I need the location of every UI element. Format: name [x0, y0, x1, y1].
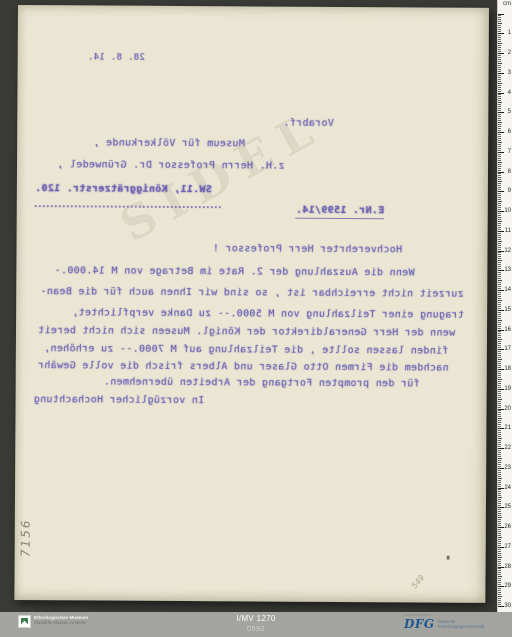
ruler-tick — [498, 401, 501, 402]
ruler-tick — [498, 403, 501, 404]
ruler-tick — [498, 71, 501, 72]
ruler-tick — [498, 509, 501, 510]
body-line: tragung einer Teilzahlung von M 5000.-- … — [72, 308, 464, 320]
ruler-tick — [498, 464, 501, 465]
ruler-tick — [498, 79, 501, 80]
ruler-tick — [498, 21, 501, 22]
ruler-tick — [498, 407, 501, 408]
ruler-tick — [498, 515, 501, 516]
address-line: Museum für Völkerkunde , — [93, 138, 245, 149]
ruler-tick — [498, 181, 502, 182]
ruler-tick — [498, 201, 502, 202]
ruler-number: 15 — [504, 307, 511, 313]
typed-dotted-rule — [35, 201, 221, 208]
ruler-tick — [498, 596, 502, 597]
ruler-tick — [498, 138, 501, 139]
ruler-tick — [498, 209, 501, 210]
ruler-number: 14 — [504, 287, 511, 293]
ruler-tick — [498, 284, 501, 285]
ruler-number: 7 — [508, 149, 511, 155]
ruler-tick — [498, 91, 501, 92]
ruler-tick — [498, 262, 501, 263]
ruler-tick — [498, 399, 502, 400]
ruler-tick — [498, 410, 501, 411]
ruler-tick — [498, 456, 501, 457]
ruler-tick — [498, 517, 502, 518]
ruler-tick — [498, 276, 501, 277]
ruler-tick — [498, 572, 501, 573]
ruler-tick — [498, 75, 501, 76]
ruler-tick — [498, 83, 502, 84]
ruler-tick — [498, 414, 501, 415]
ruler-tick — [498, 61, 501, 62]
ruler-tick — [498, 199, 501, 200]
ruler-tick — [498, 235, 501, 236]
ruler-number: 16 — [504, 327, 511, 333]
ruler-tick — [498, 405, 501, 406]
ruler-tick — [498, 578, 501, 579]
ruler-tick — [498, 173, 501, 174]
ruler-tick — [498, 195, 501, 196]
ruler-tick — [498, 134, 501, 135]
ruler-tick — [498, 308, 501, 309]
body-line: für den prompten Fortgang der Arbeiten ü… — [104, 378, 420, 390]
ruler-tick — [498, 513, 501, 514]
ruler-tick — [498, 525, 501, 526]
ruler-tick — [498, 600, 501, 601]
ruler-tick — [498, 154, 501, 155]
ruler-tick — [498, 243, 501, 244]
ruler-tick — [498, 85, 501, 86]
ruler-number: 27 — [504, 544, 511, 550]
ruler-number: 4 — [508, 90, 511, 96]
ruler-tick — [498, 249, 501, 250]
ruler-tick — [498, 324, 501, 325]
ruler-tick — [498, 274, 501, 275]
dfg-branding: Gefördert durch DFG Deutsche Forschungsg… — [404, 613, 484, 631]
ruler-number: 1 — [508, 30, 511, 36]
ruler-number: 29 — [504, 583, 511, 589]
ruler-tick — [498, 521, 501, 522]
ruler-tick — [498, 493, 501, 494]
ruler-tick — [498, 158, 501, 159]
ruler-tick — [498, 225, 501, 226]
dfg-logo: DFG — [404, 618, 435, 631]
ruler-number: 13 — [504, 267, 511, 273]
ruler-tick — [498, 322, 501, 323]
ruler-tick — [498, 124, 501, 125]
ruler-tick — [498, 89, 501, 90]
handwritten-inventory-number: 7156 — [19, 541, 33, 557]
ruler-tick — [498, 162, 502, 163]
ruler-tick — [498, 594, 501, 595]
ruler-tick — [498, 116, 501, 117]
ruler-tick — [498, 177, 501, 178]
ruler-tick — [498, 606, 504, 607]
ruler-tick — [498, 450, 501, 451]
ruler-tick — [498, 474, 501, 475]
ruler-tick — [498, 282, 501, 283]
ruler-number: 21 — [504, 425, 511, 431]
ruler-tick — [498, 462, 501, 463]
ruler-tick — [498, 458, 502, 459]
ruler-tick — [498, 146, 501, 147]
ruler-number: 2 — [508, 50, 511, 56]
ruler-tick — [498, 501, 501, 502]
handwritten-corner-mark: 549 — [410, 573, 427, 590]
ruler-tick — [498, 393, 501, 394]
ruler-tick — [498, 535, 501, 536]
ruler-tick — [498, 175, 501, 176]
ruler-tick — [498, 320, 502, 321]
ruler-number: 26 — [504, 524, 511, 530]
ruler-tick — [498, 23, 502, 24]
ruler-tick — [498, 331, 501, 332]
ruler-tick — [498, 312, 501, 313]
ruler-tick — [498, 300, 502, 301]
ruler-tick — [498, 63, 502, 64]
ruler-tick — [498, 383, 501, 384]
ruler-tick — [498, 436, 501, 437]
ruler-tick — [498, 345, 501, 346]
address-line: SW.11, Königgrätzerstr. 120. — [35, 184, 212, 195]
ruler-tick — [498, 539, 501, 540]
ruler-tick — [498, 373, 501, 374]
ruler-tick — [498, 296, 501, 297]
ruler-tick — [498, 106, 501, 107]
ruler-tick — [498, 565, 501, 566]
ruler-tick — [498, 563, 501, 564]
ruler-tick — [498, 205, 501, 206]
ruler-tick — [498, 537, 502, 538]
ruler-tick — [498, 272, 501, 273]
ruler-tick — [498, 49, 501, 50]
ruler-tick — [498, 446, 501, 447]
ruler-tick — [498, 193, 501, 194]
ruler-number: 11 — [505, 228, 511, 234]
ruler-tick — [498, 237, 501, 238]
ruler-tick — [498, 27, 501, 28]
ruler-tick — [498, 142, 502, 143]
ruler-tick — [498, 122, 502, 123]
ruler-tick — [498, 377, 501, 378]
ruler-tick — [498, 254, 501, 255]
ruler-number: 19 — [504, 386, 511, 392]
ruler-number: 23 — [504, 465, 511, 471]
ruler-number: 10 — [504, 208, 511, 214]
ruler-tick — [498, 511, 501, 512]
ruler-number: 12 — [504, 248, 511, 254]
ruler-tick — [498, 185, 501, 186]
ruler-tick — [498, 503, 501, 504]
ruler-tick — [498, 559, 501, 560]
ruler-tick — [498, 207, 501, 208]
ruler-tick — [498, 519, 501, 520]
ruler-tick — [498, 219, 501, 220]
ruler-tick — [498, 17, 501, 18]
ruler-tick — [498, 213, 501, 214]
ruler-tick — [498, 523, 501, 524]
ruler-tick — [498, 438, 502, 439]
ruler-tick — [498, 416, 501, 417]
ruler-tick — [498, 217, 501, 218]
ruler-tick — [498, 150, 501, 151]
ruler-number: 9 — [508, 188, 511, 194]
ruler-tick — [498, 582, 501, 583]
ruler-tick — [498, 426, 501, 427]
ruler-tick — [498, 98, 501, 99]
document-scan: SIDEL 28. 8. 14. Vorabrf. Museum für Völ… — [14, 5, 489, 603]
ruler-tick — [498, 592, 501, 593]
ruler-tick — [498, 43, 502, 44]
address-line: z.H. Herrn Professor Dr. Grünwedel , — [57, 160, 285, 171]
ruler-tick — [498, 590, 501, 591]
ruler-tick — [498, 371, 501, 372]
ruler-tick — [498, 375, 501, 376]
ruler-tick — [498, 65, 501, 66]
ruler-number: 22 — [504, 445, 511, 451]
ruler-tick — [498, 25, 501, 26]
ruler-tick — [498, 268, 501, 269]
ruler-tick — [498, 359, 502, 360]
ruler-tick — [498, 541, 501, 542]
ruler-tick — [498, 19, 501, 20]
ruler-tick — [498, 114, 501, 115]
ruler-tick — [498, 379, 502, 380]
ruler-tick — [498, 551, 501, 552]
ruler-tick — [498, 460, 501, 461]
ruler-tick — [498, 568, 501, 569]
ruler-tick — [498, 424, 501, 425]
ruler-tick — [498, 588, 501, 589]
ruler-tick — [498, 333, 501, 334]
ruler-tick — [498, 420, 501, 421]
ruler-tick — [498, 466, 501, 467]
ruler-tick — [498, 304, 501, 305]
body-line: finden lassen sollte , die Teilzahlung a… — [44, 344, 449, 356]
ruler-number: 3 — [508, 70, 511, 76]
ruler-tick — [498, 580, 501, 581]
ruler-tick — [498, 59, 501, 60]
ruler-tick — [498, 553, 501, 554]
ruler-tick — [498, 432, 501, 433]
body-line: wenn der Herr Generaldirektor der Königl… — [38, 326, 455, 339]
ruler-tick — [498, 144, 501, 145]
ruler-tick — [498, 363, 501, 364]
ruler-tick — [498, 69, 501, 70]
ruler-number: 28 — [504, 564, 511, 570]
ruler-tick — [498, 505, 501, 506]
ruler-tick — [498, 102, 502, 103]
ruler-tick — [498, 51, 501, 52]
reference-number: E.Nr. 1599/14. — [296, 206, 385, 220]
ruler-tick — [498, 381, 501, 382]
ruler-tick — [498, 480, 501, 481]
ruler-tick — [498, 482, 501, 483]
ruler-tick — [498, 486, 501, 487]
ruler-tick — [498, 434, 501, 435]
ruler-number: 25 — [504, 504, 511, 510]
ruler-tick — [498, 395, 501, 396]
ruler-tick — [498, 343, 501, 344]
ruler-tick — [498, 495, 501, 496]
ruler-tick — [498, 499, 501, 500]
ruler-tick — [498, 221, 502, 222]
ruler-tick — [498, 258, 501, 259]
ruler-tick — [498, 440, 501, 441]
ruler-tick — [498, 385, 501, 386]
ruler-tick — [498, 130, 501, 131]
ruler-tick — [498, 543, 501, 544]
ruler-tick — [498, 337, 501, 338]
ruler-number: 6 — [508, 129, 511, 135]
ruler-tick — [498, 215, 501, 216]
ruler-tick — [498, 531, 501, 532]
ruler-tick — [498, 422, 501, 423]
ruler-tick — [498, 41, 501, 42]
ruler-tick — [498, 387, 501, 388]
ruler-tick — [498, 292, 501, 293]
ruler-number: 20 — [504, 406, 511, 412]
ruler-tick — [498, 339, 502, 340]
ruler-tick — [498, 260, 502, 261]
ruler-tick — [498, 227, 501, 228]
ruler-tick — [498, 57, 501, 58]
ruler-tick — [498, 120, 501, 121]
ruler-tick — [498, 189, 501, 190]
ruler-tick — [498, 555, 501, 556]
ruler-tick — [498, 442, 501, 443]
ruler-tick — [498, 94, 501, 95]
body-line: Wenn die Auszahlung der 2. Rate im Betra… — [54, 266, 414, 278]
ruler-tick — [498, 187, 501, 188]
ruler-tick — [498, 110, 501, 111]
ruler-tick — [498, 328, 501, 329]
ruler-tick — [498, 166, 501, 167]
ruler-tick — [498, 294, 501, 295]
ruler-tick — [498, 15, 501, 16]
ruler-tick — [498, 584, 501, 585]
ruler-tick — [498, 81, 501, 82]
closing-line: In vorzüglicher Hochachtung — [34, 395, 205, 406]
ruler-tick — [498, 223, 501, 224]
ruler-tick — [498, 418, 502, 419]
scan-viewer: SIDEL 28. 8. 14. Vorabrf. Museum für Völ… — [0, 0, 512, 637]
ruler-tick — [498, 229, 501, 230]
ruler-tick — [498, 266, 501, 267]
ruler-tick — [498, 179, 501, 180]
ruler-tick — [498, 233, 501, 234]
ruler-tick — [498, 604, 501, 605]
ruler-tick — [498, 472, 501, 473]
ruler-tick — [498, 347, 501, 348]
typed-header: Vorabrf. — [283, 119, 334, 129]
paper-speck — [447, 556, 450, 560]
ruler-tick — [498, 489, 501, 490]
ruler-tick — [498, 96, 501, 97]
viewer-footer: Ethnologisches Museum Staatliche Museen … — [0, 612, 512, 637]
ruler-tick — [498, 39, 501, 40]
ruler-number: 18 — [504, 366, 511, 372]
ruler-tick — [498, 476, 501, 477]
body-line: nachdem die Firmen Otto Glaser und Alber… — [38, 361, 449, 374]
salutation-line: Hochverehrter Herr Professor ! — [212, 244, 402, 255]
ruler-tick — [498, 286, 501, 287]
ruler-tick — [498, 247, 501, 248]
ruler-tick — [498, 470, 501, 471]
ruler-tick — [498, 570, 501, 571]
ruler-tick — [498, 316, 501, 317]
ruler-tick — [498, 252, 501, 253]
ruler-tick — [498, 533, 501, 534]
ruler-tick — [498, 47, 501, 48]
ruler-tick — [498, 104, 501, 105]
ruler-tick — [498, 430, 501, 431]
ruler-tick — [498, 318, 501, 319]
ruler-tick — [498, 87, 501, 88]
ruler-tick — [498, 241, 502, 242]
ruler-tick — [498, 67, 501, 68]
ruler-tick — [498, 160, 501, 161]
ruler-number: 17 — [504, 346, 511, 352]
ruler-tick — [498, 367, 501, 368]
ruler-tick — [498, 156, 501, 157]
body-line: zurzeit nicht erreichbar ist , so sind w… — [40, 287, 464, 300]
ruler-tick — [498, 35, 501, 36]
ruler-tick — [498, 365, 501, 366]
ruler-tick — [498, 77, 501, 78]
ruler-tick — [498, 391, 501, 392]
ruler-tick — [498, 264, 501, 265]
ruler-tick — [498, 298, 501, 299]
ruler-tick — [498, 203, 501, 204]
ruler-tick — [498, 140, 501, 141]
ruler-tick — [498, 136, 501, 137]
ruler-tick — [498, 444, 501, 445]
ruler-number: 30 — [504, 603, 511, 609]
ruler-tick — [498, 288, 501, 289]
ruler-tick — [498, 314, 501, 315]
ruler-tick — [498, 397, 501, 398]
ruler-tick — [498, 126, 501, 127]
ruler-tick — [498, 602, 501, 603]
ruler-tick — [498, 306, 501, 307]
ruler-tick — [498, 355, 501, 356]
ruler-tick — [498, 412, 501, 413]
ruler-tick — [498, 351, 501, 352]
ruler-number: 24 — [504, 485, 511, 491]
ruler-tick — [498, 335, 501, 336]
ruler-tick — [498, 164, 501, 165]
ruler-tick — [498, 484, 501, 485]
ruler-number: 8 — [508, 169, 511, 175]
ruler-tick — [498, 452, 501, 453]
ruler-tick — [498, 278, 501, 279]
ruler-tick — [498, 353, 501, 354]
ruler-tick — [498, 148, 501, 149]
typed-date: 28. 8. 14. — [88, 53, 145, 62]
ruler-tick — [498, 55, 501, 56]
ruler-tick — [498, 478, 502, 479]
dfg-name-line: Forschungsgemeinschaft — [438, 625, 485, 630]
ruler-tick — [498, 170, 501, 171]
ruler-tick — [498, 31, 501, 32]
ruler-tick — [498, 361, 501, 362]
ruler-tick — [498, 280, 502, 281]
ruler-tick — [498, 497, 502, 498]
ruler-tick — [498, 341, 501, 342]
ruler-tick — [498, 29, 501, 30]
